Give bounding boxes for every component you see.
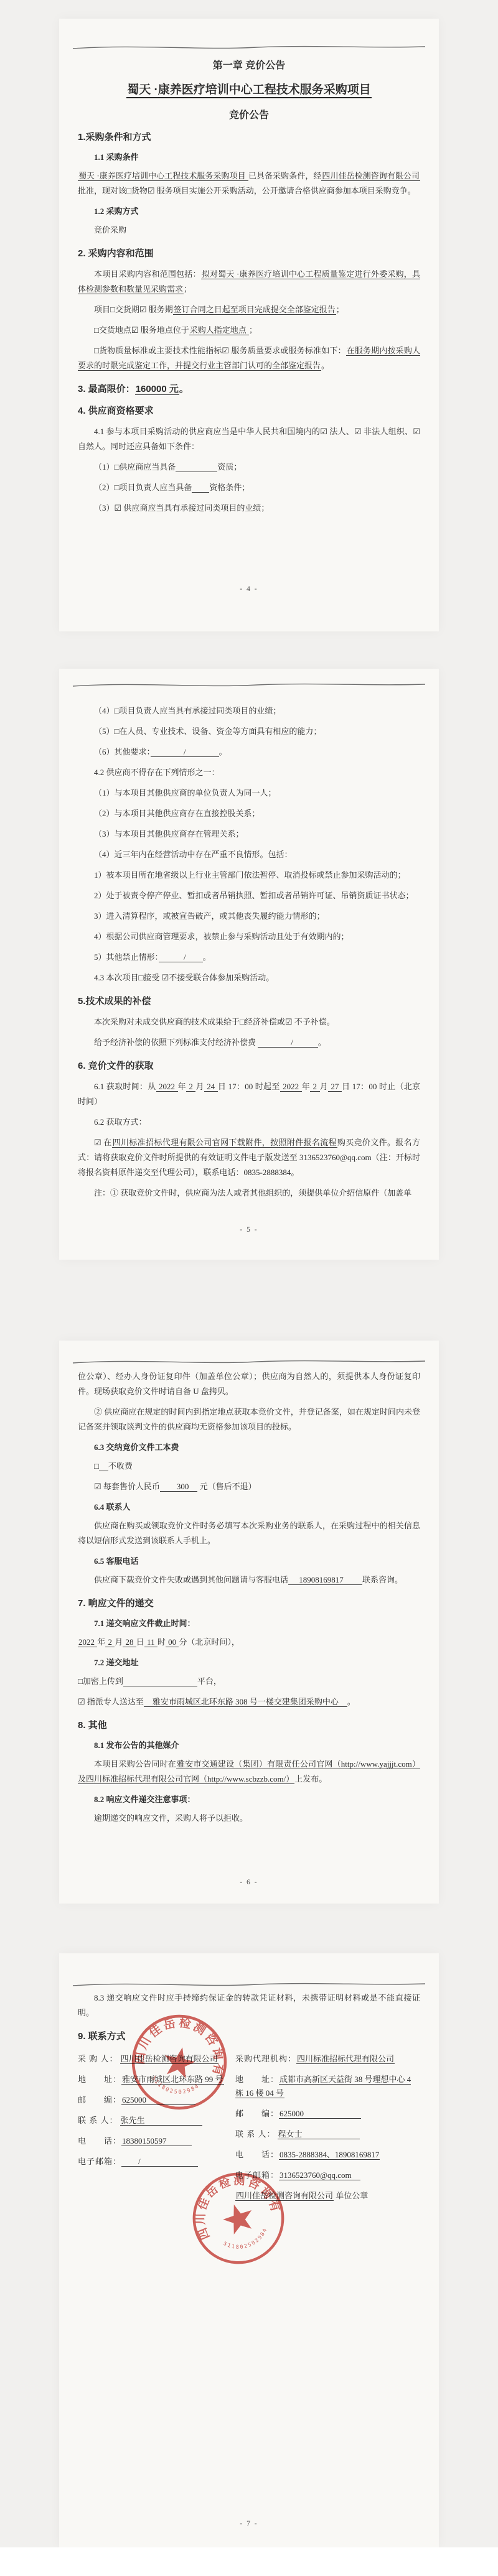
text-run: 年 [302, 1082, 310, 1091]
text-run: 。 [347, 1697, 355, 1706]
paragraph: 本次采购对未成交供应商的技术成果给于□经济补偿或☑ 不予补偿。 [78, 1015, 420, 1030]
paragraph: （3）与本项目其他供应商存在管理关系； [78, 827, 420, 842]
text-run: （2）与本项目其他供应商存在直接控股关系； [94, 809, 260, 818]
paragraph: □ 不收费 [78, 1459, 420, 1474]
section-heading: 9. 联系方式 [78, 2029, 420, 2042]
paragraph: 5）其他禁止情形： / 。 [78, 950, 420, 965]
filled-blank-value: 300 [160, 1482, 198, 1492]
contact-label: 电 话： [78, 2134, 121, 2148]
text-run: 。 [203, 952, 211, 962]
contact-value: / [121, 2157, 198, 2167]
contact-value: 四川佳岳检测咨询有限公司 [120, 2054, 218, 2064]
text-run: 6.5 客服电话 [94, 1556, 139, 1566]
text-run: 元（售后不退） [197, 1482, 256, 1491]
paragraph: 本项目采购公告同时在雅安市交通建设（集团）有限责任公司官网（http://www… [78, 1757, 420, 1787]
section-heading: 4. 供应商资格要求 [78, 404, 420, 417]
subsection-heading: 8.2 响应文件递交注意事项： [78, 1793, 420, 1805]
text-run: 本次采购对未成交供应商的技术成果给于□经济补偿或☑ 不予补偿。 [94, 1017, 335, 1026]
filled-blank-value: 18908169817 [288, 1575, 362, 1585]
paragraph: 2022 年 2 月 28 日 11 时 00 分（北京时间）， [78, 1635, 420, 1650]
contact-row: 联 系 人：张先生 [78, 2114, 235, 2127]
chapter-heading: 第一章 竞价公告 [78, 57, 420, 72]
filled-blank-value: 2 [310, 1082, 320, 1092]
paragraph: 供应商在购买或领取竞价文件时务必填写本次采购业务的联系人，在采购过程中的相关信息… [78, 1518, 420, 1548]
paragraph: 3）进入清算程序，或被宣告破产，或其他丧失履约能力情形的； [78, 909, 420, 924]
paragraph: 竞价采购 [78, 223, 420, 238]
document-page-p4: 第一章 竞价公告蜀天 ·康养医疗培训中心工程技术服务采购项目竞价公告1.采购条件… [59, 19, 439, 631]
text-run: 月 [115, 1637, 123, 1647]
paragraph: 项目□交货期☑ 服务期签订合同之日起至项目完成提交全部鉴定报告； [78, 302, 420, 317]
text-run: 批准，现对该□货物☑ 服务项目实施公开采购活动，公开邀请合格供应商参加本项目采购… [78, 186, 416, 195]
text-run: 供应商下载竞价文件失败或遇到其他问题请与客服电话 [94, 1575, 288, 1584]
text-run: 上发布。 [294, 1774, 327, 1783]
text-run: 平台， [197, 1676, 222, 1686]
filled-blank-value: 四川佳岳检测咨询有限公司 [235, 2191, 334, 2201]
filled-blank-value: / [151, 747, 219, 757]
text-run: 年 [97, 1637, 105, 1647]
text-run: 6.3 交纳竞价文件工本费 [94, 1443, 179, 1452]
text-run: 4）根据公司供应商管理要求，被禁止参与采购活动且处于有效期内的； [94, 932, 349, 941]
text-run: 3. 最高限价： [78, 384, 135, 394]
contact-row: 电 话：18380150597 [78, 2134, 235, 2148]
filled-blank-value: 2022 [156, 1082, 178, 1092]
text-run: （1）与本项目其他供应商的单位负责人为同一人； [94, 788, 276, 797]
document-page-p6: 位公章）、经办人身份证复印件（加盖单位公章）；供应商为自然人的，须提供本人身份证… [59, 1341, 439, 1904]
text-run: 供应商在购买或领取竞价文件时务必填写本次采购业务的联系人，在采购过程中的相关信息… [78, 1521, 420, 1545]
page-content: 第一章 竞价公告蜀天 ·康养医疗培训中心工程技术服务采购项目竞价公告1.采购条件… [59, 19, 439, 516]
text-run: 单位公章 [334, 2191, 368, 2200]
filled-blank-value: 蜀天 ·康养医疗培训中心工程技术服务采购项目 [78, 171, 248, 181]
contact-value: 程女士 [278, 2129, 360, 2139]
text-run: ☑ 每套售价人民币 [94, 1482, 160, 1491]
filled-blank-value: / [258, 1038, 318, 1048]
text-run: 竞价采购 [94, 225, 126, 235]
paragraph: ☑ 在四川标准招标代理有限公司官网下载附件，按照附件报名流程购买竞价文件。报名方… [78, 1135, 420, 1180]
filled-blank-value [123, 1676, 197, 1686]
contact-row: 电 话：0835-2888384、18908169817 [235, 2148, 420, 2162]
contact-value: 张先生 [120, 2116, 202, 2126]
text-run: （6）其他要求： [94, 747, 151, 756]
section-heading: 6. 竞价文件的获取 [78, 1059, 420, 1072]
contact-row: 采购代理机构：四川标准招标代理有限公司 [235, 2052, 420, 2066]
contact-label: 邮 编： [235, 2107, 279, 2121]
text-run: 本项目采购公告同时在 [94, 1759, 176, 1769]
text-run: 6. 竞价文件的获取 [78, 1061, 154, 1071]
paragraph: （1）□供应商应当具备 资质； [78, 460, 420, 475]
paragraph: （5）□在人员、专业技术、设备、资金等方面具有相应的能力； [78, 724, 420, 739]
text-run: ☑ 指派专人送达至 [78, 1697, 144, 1706]
text-run: 资质； [217, 462, 242, 472]
paragraph: ☑ 每套售价人民币 300 元（售后不退） [78, 1479, 420, 1494]
text-run: 6.1 获取时间：从 [94, 1082, 156, 1091]
text-run: 给予经济补偿的依照下列标准支付经济补偿费 [94, 1038, 258, 1047]
contact-label: 采 购 人： [78, 2052, 120, 2066]
contact-value: 625000 [121, 2095, 195, 2105]
text-run: ； [249, 325, 257, 335]
text-run: （4）近三年内在经营活动中存在严重不良情形。包括： [94, 850, 293, 859]
text-run: 竞价公告 [229, 110, 269, 121]
filled-blank-value: 四川标准招标代理有限公司官网下载附件，按照附件报名流程 [112, 1138, 337, 1148]
filled-blank-value: 雅安市雨城区北环东路 308 号一楼交建集团采购中心 [144, 1697, 347, 1707]
section-heading: 8. 其他 [78, 1718, 420, 1731]
text-run: 资格条件； [209, 483, 250, 492]
text-run: 1.采购条件和方式 [78, 132, 151, 142]
text-run: （4）□项目负责人应当具有承接过同类项目的业绩； [94, 706, 281, 715]
text-run: 5.技术成果的补偿 [78, 996, 151, 1007]
paragraph: 4.2 供应商不得存在下列情形之一： [78, 765, 420, 780]
text-run: □交货地点☑ 服务地点位于 [94, 325, 189, 335]
filled-blank-value: 签订合同之日起至项目完成提交全部鉴定报告 [173, 305, 336, 315]
text-run: 7.1 递交响应文件截止时间： [94, 1619, 195, 1628]
document-page-p7: 8.3 递交响应文件时应手持缔约保证金的转款凭证材料，未携带证明材料或是不能直接… [59, 1953, 439, 2547]
paragraph: 1）被本项目所在地省级以上行业主管部门依法暂停、取消投标或禁止参加采购活动的； [78, 868, 420, 883]
text-run: （3）☑ 供应商应当具有承接过同类项目的业绩； [94, 503, 269, 513]
page-number: - 5 - [59, 1226, 439, 1234]
document-page-p5: （4）□项目负责人应当具有承接过同类项目的业绩；（5）□在人员、专业技术、设备、… [59, 669, 439, 1260]
text-run: □货物质量标准或主要技术性能指标☑ 服务质量要求或服务标准如下： [94, 346, 346, 355]
paragraph: 逾期递交的响应文件，采购人将予以拒收。 [78, 1811, 420, 1826]
text-run: 4.3 本次项目□接受 ☑不接受联合体参加采购活动。 [94, 973, 274, 982]
page-content: 8.3 递交响应文件时应手持缔约保证金的转款凭证材料，未携带证明材料或是不能直接… [59, 1953, 439, 2210]
project-title: 蜀天 ·康养医疗培训中心工程技术服务采购项目 [78, 80, 420, 97]
filled-blank-value: / [159, 952, 203, 962]
paragraph: 蜀天 ·康养医疗培训中心工程技术服务采购项目 已具备采购条件，经四川佳岳检测咨询… [78, 169, 420, 198]
page-number: - 4 - [59, 585, 439, 593]
text-run: 8.1 发布公告的其他媒介 [94, 1741, 179, 1750]
page-content: 位公章）、经办人身份证复印件（加盖单位公章）；供应商为自然人的，须提供本人身份证… [59, 1341, 439, 1826]
text-run: 年 [178, 1082, 186, 1091]
doc-subtitle: 竞价公告 [78, 107, 420, 121]
page-number: - 6 - [59, 1879, 439, 1886]
contact-value: 3136523760@qq.com [279, 2170, 360, 2180]
text-run: 。 [179, 384, 189, 394]
text-run: ② 供应商应在规定的时间内到指定地点获取本竞价文件，并登记备案，如在规定时间内未… [78, 1407, 420, 1431]
section-heading: 1.采购条件和方式 [78, 130, 420, 143]
subsection-heading: 6.5 客服电话 [78, 1555, 420, 1566]
filled-blank-value [99, 1461, 108, 1471]
subsection-heading: 7.1 递交响应文件截止时间： [78, 1617, 420, 1629]
text-run: 分（北京时间）， [179, 1637, 240, 1647]
text-run: 6.4 联系人 [94, 1502, 131, 1512]
page-number: - 7 - [59, 2520, 439, 2527]
paragraph: 2）处于被责令停产停业、暂扣或者吊销执照、暂扣或者吊销许可证、吊销资质证书状态； [78, 888, 420, 903]
contact-value: 0835-2888384、18908169817 [279, 2150, 380, 2160]
filled-blank-value: 00 [166, 1637, 179, 1647]
filled-blank-value: 24 [204, 1082, 218, 1092]
paragraph: 6.2 获取方式： [78, 1115, 420, 1130]
text-run: 本项目采购内容和范围包括： [94, 269, 201, 279]
contact-row: 邮 编：625000 [78, 2093, 235, 2107]
text-run: 。 [318, 1038, 326, 1047]
text-run: □ [94, 1461, 99, 1471]
text-run: 位公章）、经办人身份证复印件（加盖单位公章）；供应商为自然人的，须提供本人身份证… [78, 1372, 420, 1396]
text-run: 7.2 递交地址 [94, 1658, 139, 1667]
contact-row: 电子邮箱：3136523760@qq.com [235, 2169, 420, 2182]
contact-label: 电子邮箱： [235, 2169, 279, 2182]
contact-value: 四川标准招标代理有限公司 [296, 2054, 395, 2064]
contact-label: 联 系 人： [78, 2114, 120, 2127]
text-run: 。 [219, 747, 227, 756]
contact-row: 联 系 人：程女士 [235, 2127, 420, 2141]
text-run: 逾期递交的响应文件，采购人将予以拒收。 [94, 1813, 248, 1823]
paragraph: 4.3 本次项目□接受 ☑不接受联合体参加采购活动。 [78, 970, 420, 985]
text-run: 9. 联系方式 [78, 2031, 126, 2042]
filled-blank-value: 11 [144, 1637, 157, 1647]
paragraph: 供应商下载竞价文件失败或遇到其他问题请与客服电话 18908169817 联系咨… [78, 1573, 420, 1588]
paragraph: （2）□项目负责人应当具备 资格条件； [78, 480, 420, 495]
paragraph: 6.1 获取时间：从 2022 年 2 月 24 日 17：00 时起至 202… [78, 1079, 420, 1109]
paragraph: （2）与本项目其他供应商存在直接控股关系； [78, 806, 420, 821]
filled-blank-value: 2 [105, 1637, 115, 1647]
text-run: 时 [157, 1637, 166, 1647]
text-run: （3）与本项目其他供应商存在管理关系； [94, 829, 244, 839]
filled-blank-value: 采购人指定地点 [189, 325, 249, 335]
filled-blank-value [176, 462, 217, 472]
filled-blank-value: 160000 元 [135, 384, 179, 395]
text-run: 8.2 响应文件递交注意事项： [94, 1795, 195, 1804]
text-run: 8. 其他 [78, 1720, 107, 1731]
text-run: 不收费 [108, 1461, 133, 1471]
contact-section: 采 购 人：四川佳岳检测咨询有限公司地 址：雅安市雨城区北环东路 99 号邮 编… [78, 2052, 420, 2210]
filled-blank-value: 27 [328, 1082, 342, 1092]
paragraph: □货物质量标准或主要技术性能指标☑ 服务质量要求或服务标准如下：在服务期内按采购… [78, 343, 420, 373]
page-content: （4）□项目负责人应当具有承接过同类项目的业绩；（5）□在人员、专业技术、设备、… [59, 669, 439, 1201]
text-run: ； [336, 305, 344, 314]
paragraph: 注：① 获取竞价文件时，供应商为法人或者其他组织的，须提供单位介绍信原件（加盖单 [78, 1186, 420, 1201]
contact-label: 联 系 人： [235, 2127, 278, 2141]
text-run: （5）□在人员、专业技术、设备、资金等方面具有相应的能力； [94, 727, 321, 736]
paragraph: 位公章）、经办人身份证复印件（加盖单位公章）；供应商为自然人的，须提供本人身份证… [78, 1369, 420, 1399]
contact-label: 采购代理机构： [235, 2052, 296, 2066]
contact-row: 电子邮箱： / [78, 2155, 235, 2169]
subsection-heading: 8.1 发布公告的其他媒介 [78, 1739, 420, 1751]
text-run: （1）□供应商应当具备 [94, 462, 176, 472]
text-run: 注：① 获取竞价文件时，供应商为法人或者其他组织的，须提供单位介绍信原件（加盖单 [94, 1188, 411, 1197]
contact-label: 地 址： [78, 2073, 121, 2086]
contact-row: 地 址：雅安市雨城区北环东路 99 号 [78, 2073, 235, 2086]
text-run: 联系咨询。 [362, 1575, 403, 1584]
text-run: 4.2 供应商不得存在下列情形之一： [94, 768, 220, 777]
document-scan: 第一章 竞价公告蜀天 ·康养医疗培训中心工程技术服务采购项目竞价公告1.采购条件… [0, 0, 498, 2576]
paragraph: （6）其他要求： / 。 [78, 745, 420, 760]
text-run: 7. 响应文件的递交 [78, 1598, 154, 1609]
text-run: 4. 供应商资格要求 [78, 406, 154, 416]
contact-row: 采 购 人：四川佳岳检测咨询有限公司 [78, 2052, 235, 2066]
paragraph: 4）根据公司供应商管理要求，被禁止参与采购活动且处于有效期内的； [78, 929, 420, 944]
filled-blank-value: 蜀天 ·康养医疗培训中心工程技术服务采购项目 [126, 83, 372, 98]
paragraph: ☑ 指派专人送达至 雅安市雨城区北环东路 308 号一楼交建集团采购中心 。 [78, 1695, 420, 1709]
contact-value: 雅安市雨城区北环东路 99 号 [121, 2075, 224, 2085]
text-run: □加密上传到 [78, 1676, 123, 1686]
text-run: 1）被本项目所在地省级以上行业主管部门依法暂停、取消投标或禁止参加采购活动的； [94, 870, 406, 880]
text-run: 1.1 采购条件 [94, 152, 139, 162]
contact-row: 邮 编：625000 [235, 2107, 420, 2121]
paragraph: 本项目采购内容和范围包括：拟对蜀天 ·康养医疗培训中心工程质量鉴定进行外委采购，… [78, 267, 420, 297]
paragraph: 8.3 递交响应文件时应手持缔约保证金的转款凭证材料，未携带证明材料或是不能直接… [78, 1991, 420, 2020]
text-run: （2）□项目负责人应当具备 [94, 483, 192, 492]
subsection-heading: 6.3 交纳竞价文件工本费 [78, 1441, 420, 1453]
section-heading: 2. 采购内容和范围 [78, 246, 420, 259]
contact-label: 邮 编： [78, 2093, 121, 2107]
text-run: ； [184, 284, 192, 294]
text-run: 3）进入清算程序，或被宣告破产，或其他丧失履约能力情形的； [94, 911, 325, 921]
text-run: 2. 采购内容和范围 [78, 248, 154, 259]
filled-blank-value: 2022 [78, 1637, 97, 1647]
paragraph: （1）与本项目其他供应商的单位负责人为同一人； [78, 786, 420, 801]
text-run: 1.2 采购方式 [94, 207, 139, 216]
contact-value: 625000 [279, 2109, 361, 2119]
text-run: 4.1 参与本项目采购活动的供应商应当是中华人民共和国境内的☑ 法人、☑ 非法人… [78, 427, 420, 451]
contact-label: 地 址： [235, 2073, 279, 2086]
paragraph: ② 供应商应在规定的时间内到指定地点获取本竞价文件，并登记备案，如在规定时间内未… [78, 1405, 420, 1434]
text-run: 。 [321, 361, 329, 370]
section-heading: 3. 最高限价：160000 元。 [78, 382, 420, 395]
text-run: 8.3 递交响应文件时应手持缔约保证金的转款凭证材料，未携带证明材料或是不能直接… [78, 1993, 420, 2017]
paragraph: （4）□项目负责人应当具有承接过同类项目的业绩； [78, 704, 420, 718]
filled-blank-value: 28 [123, 1637, 136, 1647]
text-run: 月 [195, 1082, 204, 1091]
filled-blank-value: 2022 [280, 1082, 302, 1092]
text-run: 日 17：00 时起至 [218, 1082, 280, 1091]
text-run: 日 [136, 1637, 144, 1647]
text-run: 第一章 竞价公告 [213, 60, 285, 71]
contact-row: 地 址：成都市高新区天益街 38 号理想中心 4 栋 16 楼 04 号 [235, 2073, 420, 2100]
subsection-heading: 7.2 递交地址 [78, 1656, 420, 1668]
contact-column-left: 采 购 人：四川佳岳检测咨询有限公司地 址：雅安市雨城区北环东路 99 号邮 编… [78, 2052, 235, 2210]
contact-label: 电子邮箱： [78, 2155, 121, 2169]
subsection-heading: 1.1 采购条件 [78, 151, 420, 162]
subsection-heading: 1.2 采购方式 [78, 205, 420, 216]
text-run: 6.2 获取方式： [94, 1117, 147, 1127]
text-run: 项目□交货期☑ 服务期 [94, 305, 173, 314]
contact-label: 电 话： [235, 2148, 279, 2162]
contact-value: 18380150597 [121, 2136, 192, 2146]
text-run: 5）其他禁止情形： [94, 952, 159, 962]
filled-blank-value: 四川佳岳检测咨询有限公司 [321, 171, 420, 181]
text-run: 已具备采购条件，经 [248, 171, 321, 180]
section-heading: 5.技术成果的补偿 [78, 994, 420, 1007]
paragraph: □交货地点☑ 服务地点位于采购人指定地点 ； [78, 323, 420, 338]
paragraph: 4.1 参与本项目采购活动的供应商应当是中华人民共和国境内的☑ 法人、☑ 非法人… [78, 424, 420, 454]
paragraph: □加密上传到 平台， [78, 1674, 420, 1689]
paragraph: 给予经济补偿的依照下列标准支付经济补偿费 / 。 [78, 1035, 420, 1050]
seal-caption: 四川佳岳检测咨询有限公司 单位公章 [235, 2189, 420, 2203]
text-run: 月 [320, 1082, 328, 1091]
subsection-heading: 6.4 联系人 [78, 1500, 420, 1512]
filled-blank-value: 2 [186, 1082, 196, 1092]
section-heading: 7. 响应文件的递交 [78, 1596, 420, 1609]
paragraph: （4）近三年内在经营活动中存在严重不良情形。包括： [78, 847, 420, 862]
contact-column-right: 采购代理机构：四川标准招标代理有限公司地 址：成都市高新区天益街 38 号理想中… [235, 2052, 420, 2210]
paragraph: （3）☑ 供应商应当具有承接过同类项目的业绩； [78, 501, 420, 516]
text-run: 2）处于被责令停产停业、暂扣或者吊销执照、暂扣或者吊销许可证、吊销资质证书状态； [94, 891, 414, 900]
text-run: ☑ 在 [94, 1138, 112, 1147]
filled-blank-value [192, 483, 209, 493]
